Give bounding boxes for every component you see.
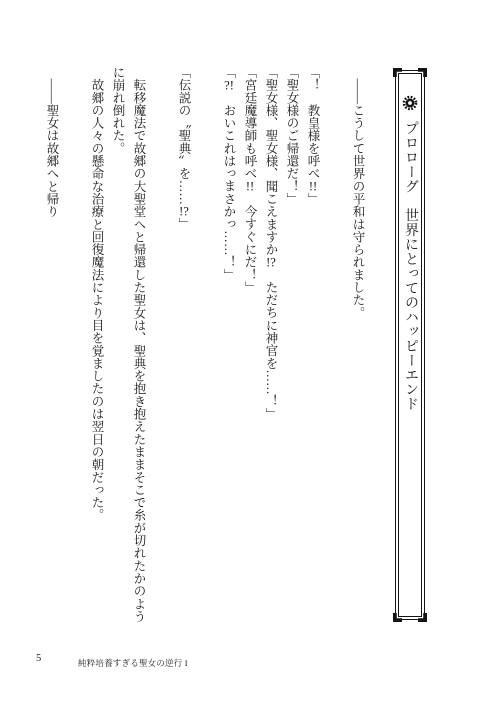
book-page: プロローグ 世界にとってのハッピーエンド ――こうして世界の平和は守られました。… (0, 0, 500, 711)
text-line: ――聖女は故郷へと帰り (41, 66, 62, 636)
body-text: ――こうして世界の平和は守られました。「！ 教皇様を呼べ!!」「聖女様のご帰還だ… (22, 66, 368, 636)
sun-gear-icon (402, 95, 418, 111)
blank-line (323, 66, 347, 636)
chapter-frame-inner: プロローグ 世界にとってのハッピーエンド (398, 73, 422, 617)
text-line: 「聖女様のご帰還だ！」 (281, 66, 302, 636)
text-line: 「宮廷魔導師も呼べ!! 今すぐにだ！」 (239, 66, 260, 636)
chapter-title: プロローグ 世界にとってのハッピーエンド (400, 121, 420, 411)
tatechuyoko-text: !! (306, 180, 320, 193)
text-line: 故郷の人々の懸命な治療と回復魔法により目を覚ましたのは翌日の朝だった。 (86, 66, 107, 636)
blank-line (149, 66, 173, 636)
tatechuyoko-text: !! (243, 180, 257, 193)
text-line: 「聖女様、聖女様、聞こえますか!? ただちに神官を……！」 (260, 66, 281, 636)
text-line: 「?! おいこれはっまさかっ……！」 (218, 66, 239, 636)
page-number: 5 (36, 653, 41, 664)
running-book-title: 純粋培養すぎる聖女の逆行 I (78, 657, 188, 669)
blank-line (194, 66, 218, 636)
tatechuyoko-text: !? (177, 205, 191, 218)
chapter-title-box: プロローグ 世界にとってのハッピーエンド (395, 70, 425, 620)
tatechuyoko-text: ?! (222, 79, 236, 92)
blank-line (62, 66, 86, 636)
text-line: 「！ 教皇様を呼べ!!」 (302, 66, 323, 636)
text-line: 転移魔法で故郷の大聖堂へと帰還した聖女は、聖典を抱き抱えたままそこで糸が切れたか… (128, 66, 149, 636)
text-line: に崩れ倒れた。 (107, 66, 128, 636)
tatechuyoko-text: !? (264, 256, 278, 269)
text-line: ――こうして世界の平和は守られました。 (347, 66, 368, 636)
text-line: 「伝説の〝聖典〟を……!?」 (173, 66, 194, 636)
